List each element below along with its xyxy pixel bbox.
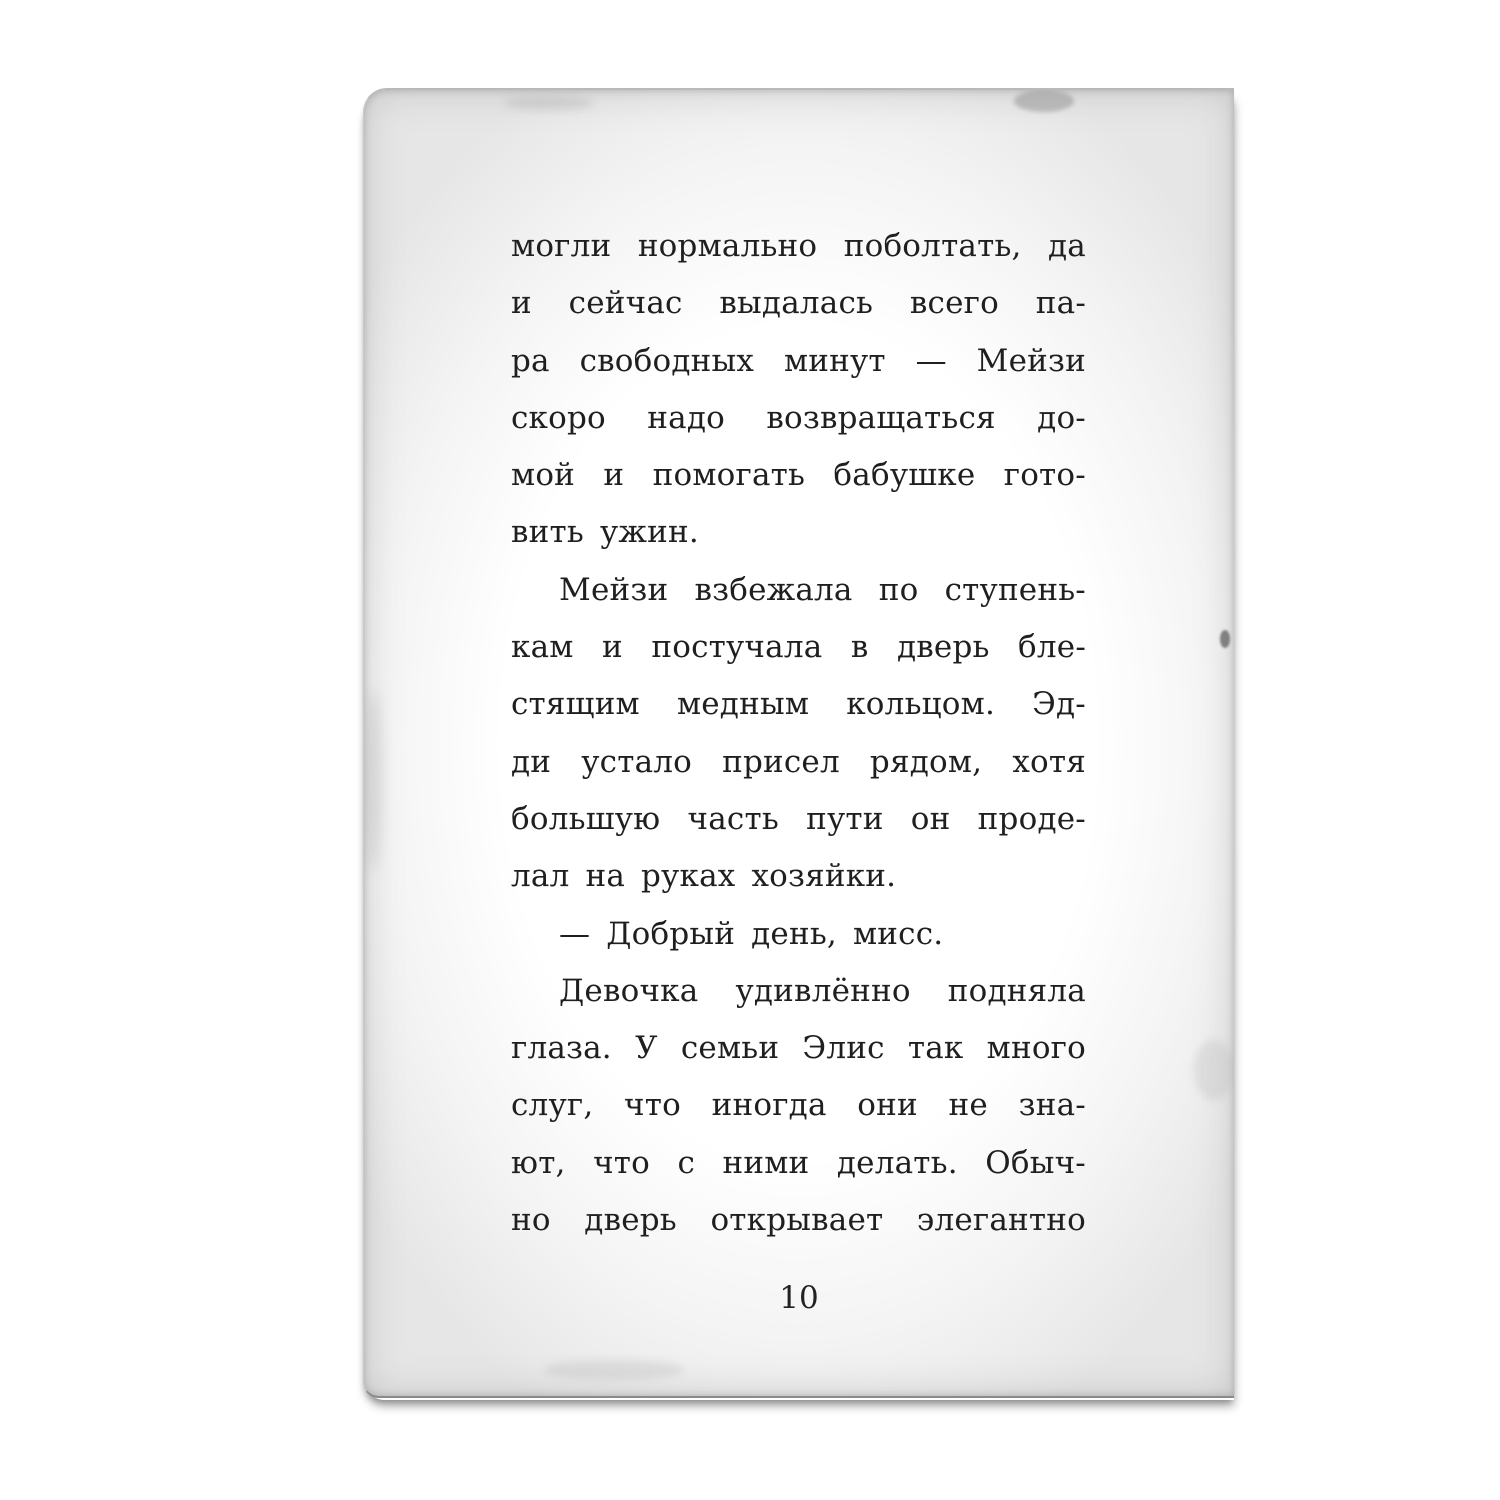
text-line: глаза.УсемьиЭлистакмного: [511, 1020, 1086, 1077]
page-number: 10: [364, 1280, 1234, 1316]
text-line: стящиммеднымкольцом.Эд-: [511, 676, 1086, 733]
text-line: витьужин.: [511, 504, 1086, 561]
paper-stain: [364, 690, 382, 870]
body-text: моглинормальнопоболтать,даисейчасвыдалас…: [511, 218, 1086, 1249]
book-page: моглинормальнопоболтать,даисейчасвыдалас…: [363, 88, 1234, 1398]
text-line: нодверьоткрываетэлегантно: [511, 1192, 1086, 1249]
paper-stain: [544, 1360, 684, 1380]
text-line: —Добрыйдень,мисс.: [511, 906, 1086, 963]
text-line: моглинормальнопоболтать,да: [511, 218, 1086, 275]
text-line: лалнарукаххозяйки.: [511, 848, 1086, 905]
text-line: слуг,чтоиногдаонинезна-: [511, 1077, 1086, 1134]
paper-stain: [1220, 630, 1230, 648]
paper-stain: [1014, 90, 1074, 112]
stage: моглинормальнопоболтать,даисейчасвыдалас…: [0, 0, 1500, 1500]
text-line: большуючастьпутионпроде-: [511, 791, 1086, 848]
text-line: мойипомогатьбабушкегото-: [511, 447, 1086, 504]
paper-stain: [504, 96, 594, 110]
paper-stain: [1194, 1040, 1234, 1100]
text-line: расвободныхминут—Мейзи: [511, 333, 1086, 390]
text-line: Мейзивзбежалапоступень-: [511, 562, 1086, 619]
text-line: диусталоприселрядом,хотя: [511, 734, 1086, 791]
text-line: Девочкаудивлённоподняла: [511, 963, 1086, 1020]
text-line: ют,чтоснимиделать.Обыч-: [511, 1135, 1086, 1192]
text-line: скоронадовозвращатьсядо-: [511, 390, 1086, 447]
text-line: камипостучалавдверьбле-: [511, 619, 1086, 676]
text-line: исейчасвыдаласьвсегопа-: [511, 275, 1086, 332]
